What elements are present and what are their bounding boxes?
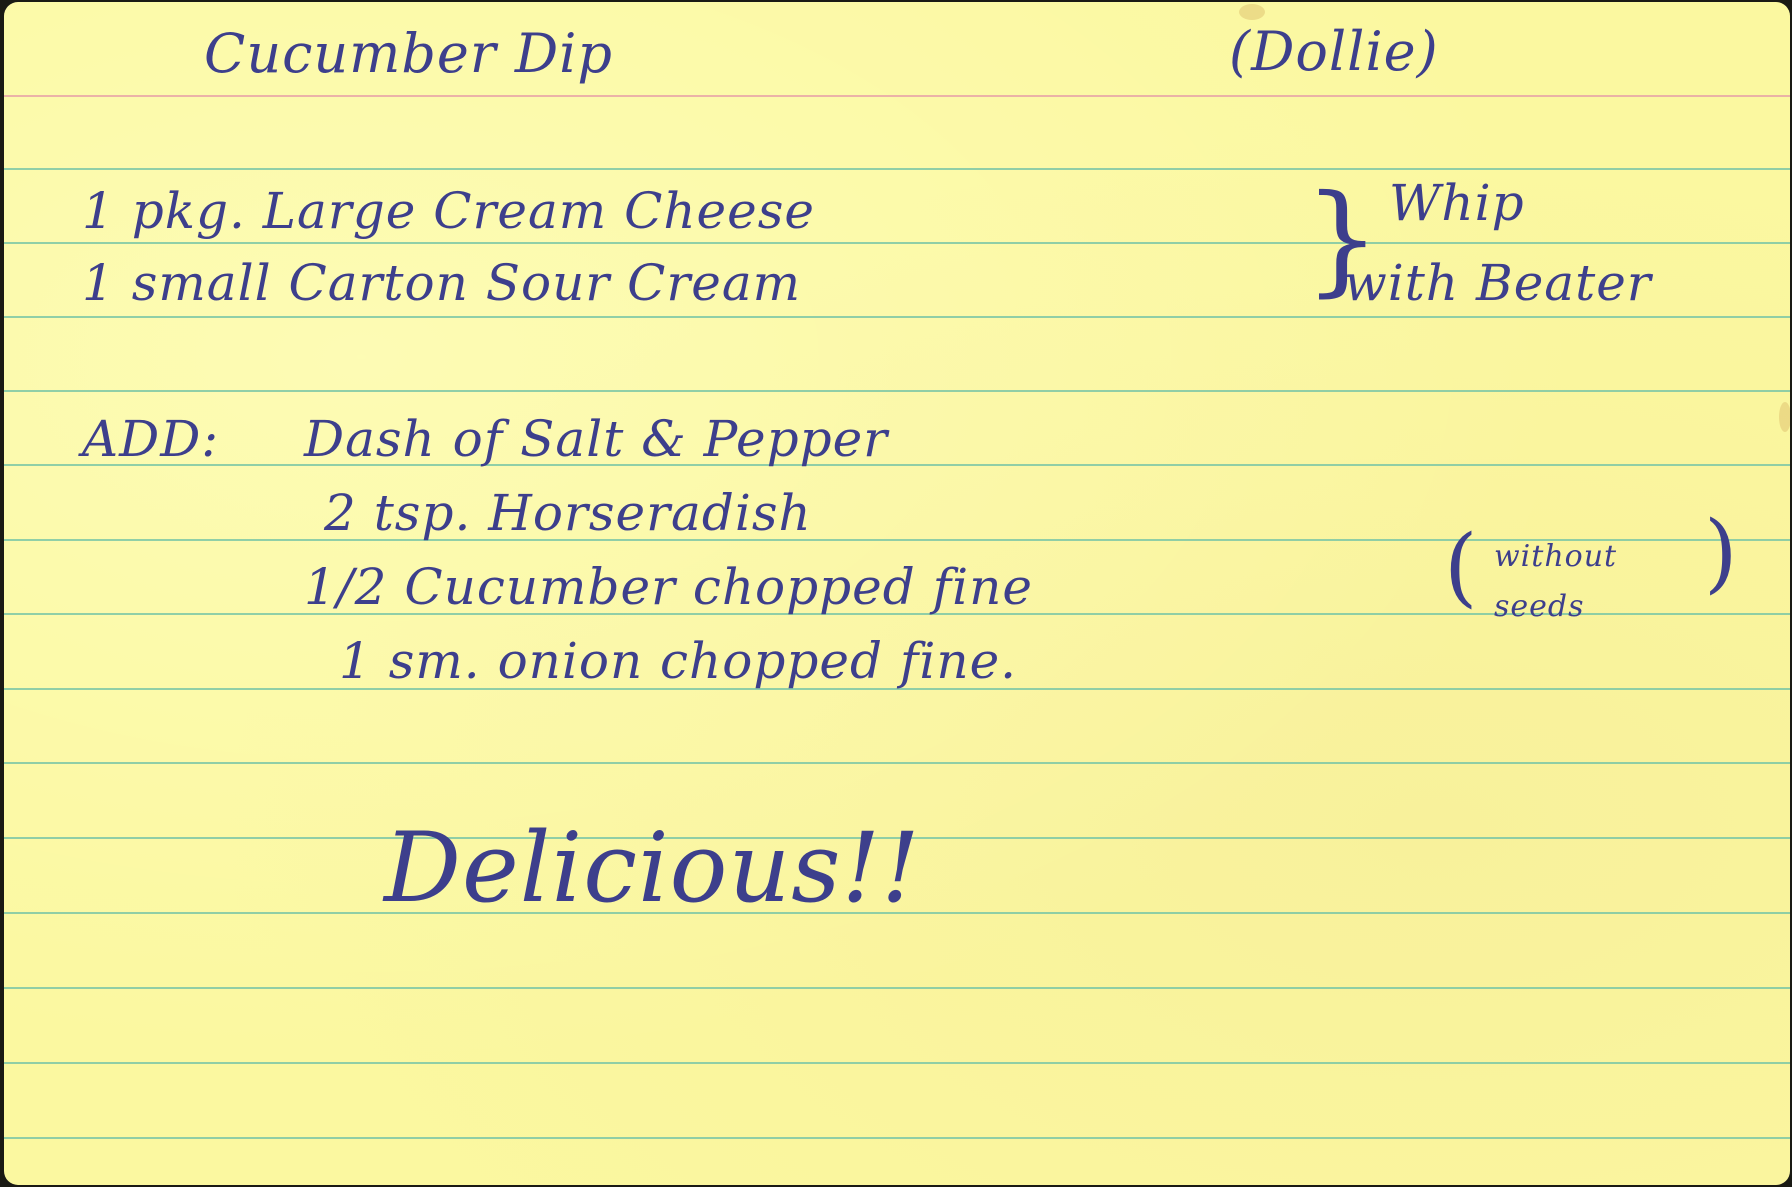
ingredient-line: 1 small Carton Sour Cream — [82, 254, 801, 312]
closing-remark: Delicious!! — [384, 812, 921, 924]
cucumber-note: seeds — [1494, 592, 1585, 622]
instruction-with-beater: with Beater — [1344, 254, 1652, 312]
recipe-source: (Dollie) — [1229, 20, 1439, 83]
instruction-whip: Whip — [1389, 174, 1525, 232]
add-item: 1 sm. onion chopped fine. — [339, 632, 1017, 690]
ruled-line — [4, 390, 1790, 392]
ruled-line — [4, 242, 1790, 244]
recipe-title: Cucumber Dip — [204, 22, 613, 85]
ruled-line — [4, 316, 1790, 318]
add-item: Dash of Salt & Pepper — [304, 410, 888, 468]
cucumber-note: without — [1494, 542, 1617, 572]
ruled-line — [4, 464, 1790, 466]
ruled-line — [4, 1062, 1790, 1064]
ruled-line — [4, 762, 1790, 764]
ruled-line — [4, 1137, 1790, 1139]
note-close-paren: ) — [1704, 510, 1738, 596]
add-label: ADD: — [82, 410, 219, 468]
ruled-line — [4, 987, 1790, 989]
add-item: 1/2 Cucumber chopped fine — [304, 558, 1033, 616]
recipe-card: Cucumber Dip (Dollie) 1 pkg. Large Cream… — [4, 2, 1790, 1185]
ruled-line — [4, 168, 1790, 170]
header-rule — [4, 95, 1790, 97]
paper-stain — [1779, 402, 1790, 432]
add-item: 2 tsp. Horseradish — [324, 484, 812, 542]
note-open-paren: ( — [1444, 524, 1478, 610]
paper-stain — [1239, 4, 1265, 20]
ingredient-line: 1 pkg. Large Cream Cheese — [82, 182, 815, 240]
